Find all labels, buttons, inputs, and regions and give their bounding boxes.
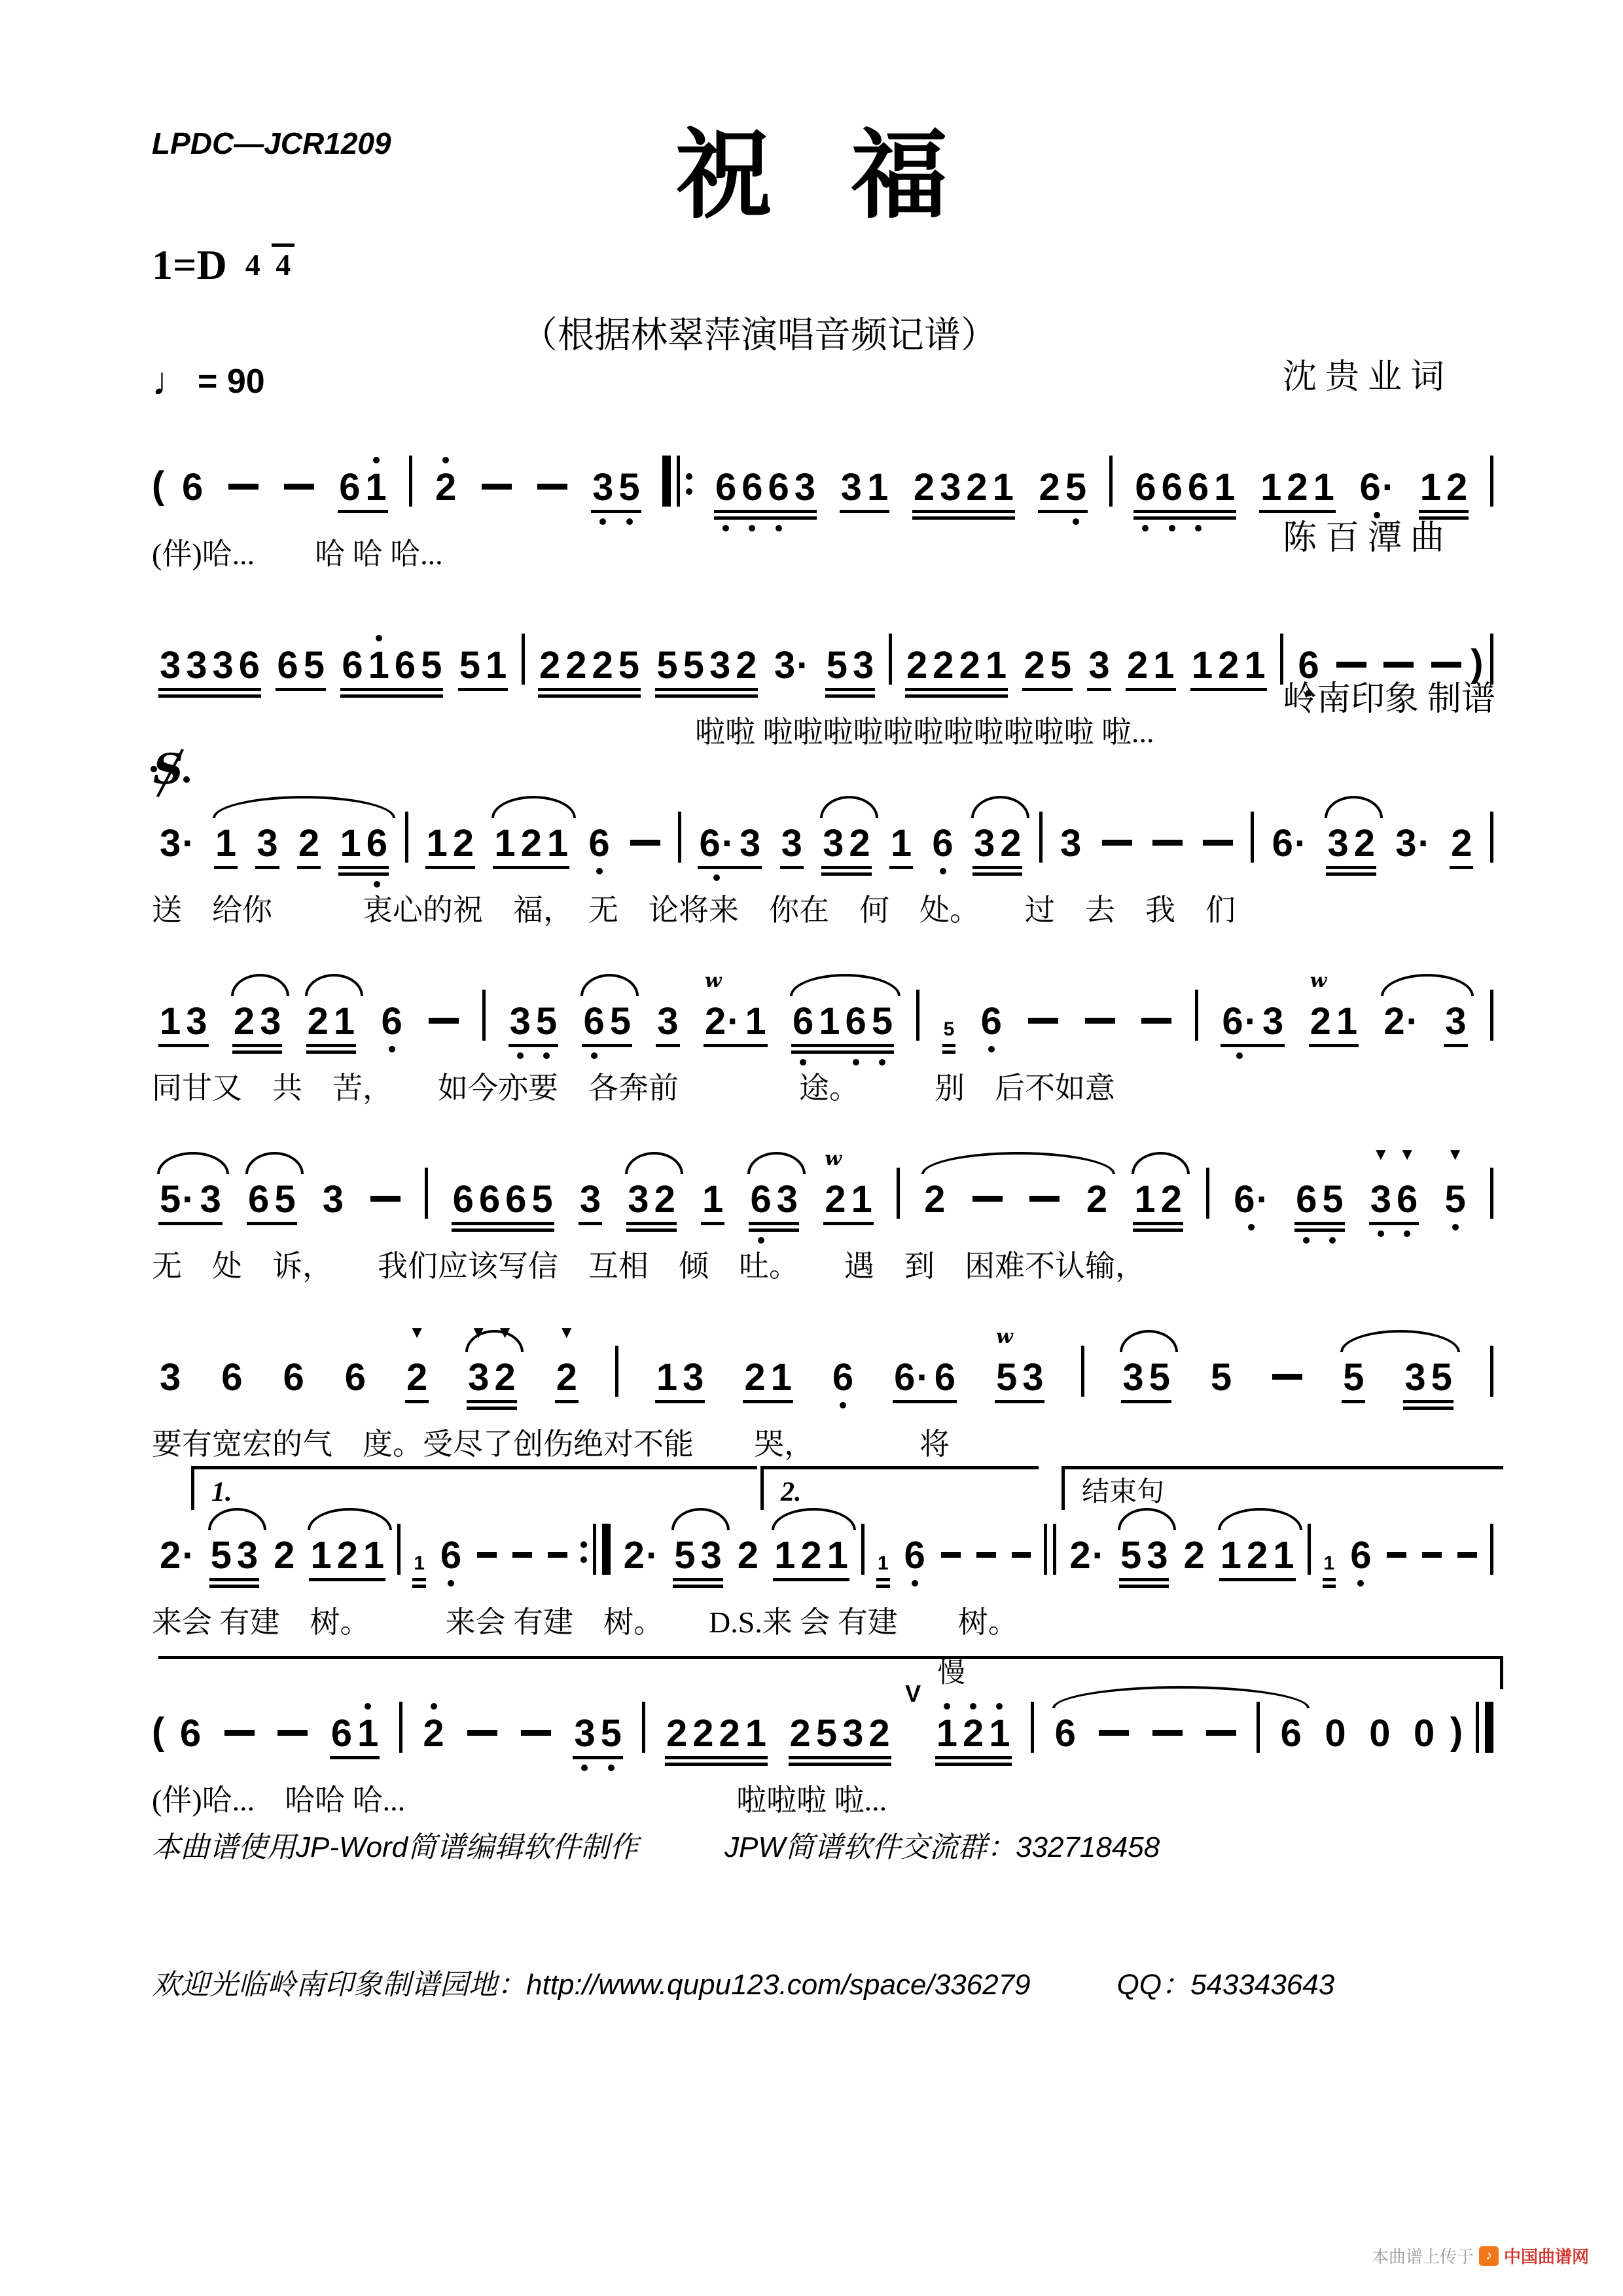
slur-arc: [305, 974, 363, 996]
note-group: 6665: [450, 1181, 556, 1219]
note: 2: [296, 825, 322, 863]
note: 2: [1448, 825, 1474, 863]
augmentation-dot: ·: [1092, 1537, 1105, 1575]
barline-single: [1081, 1346, 1084, 1397]
note: 2: [741, 1359, 768, 1397]
note: 5·: [157, 1181, 198, 1219]
note: 1: [361, 1537, 387, 1575]
note: 6·: [696, 825, 737, 863]
note-group: 6: [830, 1359, 856, 1397]
note-group: 3: [157, 1359, 183, 1397]
note-group: 6·6: [891, 1359, 958, 1397]
music-system-6: 36662▼3▼2▼2▼132166·65w3355535要有宽宏的气 度。受尽…: [152, 1291, 1499, 1463]
dash-note: [477, 1552, 497, 1558]
note-group: 2: [1448, 825, 1474, 863]
note-group: 1: [875, 1554, 891, 1575]
low-octave-dot: [1236, 1052, 1243, 1059]
note: 2: [997, 825, 1024, 863]
site-watermark: 本曲谱上传于 ♪ 中国曲谱网: [1372, 2244, 1589, 2268]
note-group: 3: [1058, 825, 1084, 863]
note-group: 3: [1086, 647, 1112, 685]
note: 2: [930, 647, 956, 685]
note: 5: [1208, 1359, 1234, 1397]
note-group: 2w·1: [702, 1003, 769, 1041]
note-group: 6: [902, 1537, 928, 1575]
note: 5: [1063, 469, 1089, 507]
quarter-note-icon: ♩: [152, 359, 191, 404]
note: 6: [1347, 1537, 1374, 1575]
note: 2: [652, 1181, 678, 1219]
note: 3: [183, 647, 209, 685]
note: 6: [932, 1359, 958, 1397]
dash-note: [941, 1552, 961, 1558]
dash-note: [228, 484, 259, 490]
note-group: 6: [219, 1359, 245, 1397]
note: 2: [563, 647, 589, 685]
note: 6: [450, 1181, 476, 1219]
note: 6: [274, 647, 300, 685]
trill-icon: w: [825, 1149, 840, 1169]
note: 2: [305, 1003, 331, 1041]
note: 6: [790, 1003, 816, 1041]
note-group: 6: [378, 1003, 404, 1041]
note: 3▼: [1368, 1181, 1394, 1219]
note: 2: [1284, 469, 1310, 507]
low-octave-dot: [776, 525, 782, 531]
note: 2·: [1381, 1003, 1421, 1041]
dash-note: [1102, 840, 1132, 846]
dash-note: [482, 484, 512, 490]
note-group: 53: [824, 647, 877, 685]
note: 5: [681, 647, 707, 685]
note: 2·: [621, 1537, 662, 1575]
barline-single: [409, 456, 412, 507]
note-group: 2·: [157, 1537, 198, 1575]
barline-single: [889, 634, 892, 685]
note: 3: [157, 1359, 183, 1397]
note: 5: [824, 647, 850, 685]
note-group: 32: [1325, 825, 1378, 863]
barline-single: [1206, 1168, 1209, 1219]
note-group: 1: [888, 825, 914, 863]
note: 2▼: [404, 1359, 430, 1397]
note: 1: [1211, 469, 1238, 507]
high-octave-dot: [365, 1703, 371, 1710]
watermark-prefix: 本曲谱上传于: [1372, 2244, 1474, 2268]
note: 2: [1215, 647, 1241, 685]
dash-note: [1085, 1018, 1115, 1024]
augmentation-dot: ·: [1406, 1003, 1419, 1041]
note: 6·: [891, 1359, 932, 1397]
note: 5: [1147, 1359, 1173, 1397]
note: 2: [1124, 647, 1150, 685]
notation-line: 333665616551222555323·532221253211216): [152, 631, 1499, 685]
note: 6: [843, 1003, 869, 1041]
note-group: 35: [590, 469, 643, 507]
note-group: 65: [245, 1181, 298, 1219]
low-octave-dot: [374, 881, 380, 888]
note: 3: [680, 1359, 706, 1397]
low-octave-dot: [1306, 690, 1312, 696]
dash-note: [1272, 1374, 1302, 1380]
slur-arc: [772, 1508, 856, 1530]
low-octave-dot: [1374, 512, 1380, 518]
note: 2: [904, 647, 930, 685]
note: 1: [1218, 1537, 1244, 1575]
low-octave-dot: [800, 1059, 806, 1066]
slur-arc: [625, 1152, 683, 1174]
slur-arc: [208, 1508, 266, 1530]
note: 6: [392, 647, 418, 685]
note-group: 121: [1189, 647, 1268, 685]
time-signature-numerator: 4: [241, 248, 264, 283]
note-group: 6·3: [1219, 1003, 1286, 1041]
grace-note: 1: [1321, 1554, 1338, 1573]
note-group: 6: [1347, 1537, 1374, 1575]
dash-note: [1203, 840, 1233, 846]
note-group: 3▼2▼: [465, 1359, 518, 1397]
note: 6: [280, 1359, 306, 1397]
dash-note: [1431, 662, 1461, 668]
low-octave-dot: [517, 1052, 524, 1059]
note: 1: [742, 1003, 768, 1041]
note: 2w: [1308, 1003, 1334, 1041]
note-group: 5·3: [157, 1181, 224, 1219]
low-octave-dot: [1404, 1230, 1410, 1237]
slur-arc: [1340, 1330, 1460, 1352]
note: 6: [364, 825, 390, 863]
note-group: 61: [336, 469, 389, 507]
note: 6▼: [1394, 1181, 1420, 1219]
note: 6: [179, 469, 205, 507]
augmentation-dot: ·: [1382, 469, 1395, 507]
barline-single: [425, 1168, 428, 1219]
note-group: 2221: [904, 647, 1009, 685]
note: 5: [654, 647, 680, 685]
slur-arc: [1381, 974, 1474, 996]
note: 5: [418, 647, 444, 685]
note-group: 51: [457, 647, 510, 685]
notation-line: 1.2.结束句2·532121162·532121162·53212116: [152, 1521, 1499, 1575]
note: 2: [1244, 1537, 1270, 1575]
barline-single: [405, 812, 408, 863]
note: 3: [257, 1003, 283, 1041]
score: (66123566633123212566611216·12(伴)哈... 哈 …: [152, 401, 1499, 1825]
note: 1: [1241, 647, 1268, 685]
note-group: 1: [213, 825, 239, 863]
grace-note: 1: [411, 1554, 427, 1573]
note-group: 6·: [1357, 469, 1398, 507]
note-group: 13: [654, 1359, 707, 1397]
low-octave-dot: [448, 1580, 454, 1587]
music-system-4: 1323216356532w·16165566·32w12·3同甘又 共 苦， …: [152, 935, 1499, 1107]
note-group: 3: [254, 825, 280, 863]
ending-extension-line: [158, 1656, 1503, 1689]
note: 6: [219, 1359, 245, 1397]
note-group: 3336: [157, 647, 262, 685]
dash-note: [512, 1552, 532, 1558]
note-group: 6: [179, 469, 205, 507]
note: 2: [963, 469, 990, 507]
low-octave-dot: [591, 1052, 597, 1059]
note: 3·: [157, 825, 198, 863]
note: 3: [1086, 647, 1112, 685]
note-group: 53: [208, 1537, 261, 1575]
note: 3: [792, 469, 818, 507]
note: 1: [654, 1359, 680, 1397]
slur-arc: [213, 796, 395, 818]
augmentation-dot: ·: [1257, 1181, 1269, 1219]
barline-single: [1490, 634, 1493, 685]
note-group: 5▼: [1442, 1181, 1469, 1219]
note: 0: [1366, 1715, 1393, 1753]
note: 2: [1158, 1181, 1185, 1219]
note: 2: [1084, 1181, 1110, 1219]
trill-icon: w: [1310, 971, 1325, 991]
trill-icon: w: [996, 1327, 1011, 1347]
note-group: 21: [305, 1003, 358, 1041]
slur-arc: [790, 974, 901, 996]
augmentation-dot: ·: [182, 1537, 194, 1575]
note: 1: [331, 1003, 357, 1041]
dash-note: [972, 1196, 1003, 1202]
barline-single: [1490, 456, 1493, 507]
note-group: 0: [1411, 1715, 1437, 1753]
dash-note: [1422, 1552, 1442, 1558]
time-signature: 4 4: [241, 250, 295, 281]
note-group: 3·: [1393, 825, 1433, 863]
note: 2▼: [491, 1359, 518, 1397]
music-note-icon: ♪: [1479, 2246, 1499, 2266]
note: 3: [183, 1003, 209, 1041]
footer: 本曲谱使用JP-Word简谱编辑软件制作 JPW简谱软件交流群：33271845…: [152, 1733, 1334, 2100]
note-group: 5: [1340, 1359, 1366, 1397]
note: 1: [1334, 1003, 1360, 1041]
high-octave-dot: [431, 1703, 437, 1710]
note: 6: [739, 469, 765, 507]
barline-single: [1490, 1168, 1493, 1219]
accent-icon: ▼: [1372, 1145, 1389, 1162]
dash-note: [548, 1552, 567, 1558]
note: 6: [1185, 469, 1211, 507]
note-group: 53: [1118, 1537, 1171, 1575]
note: 3: [254, 825, 280, 863]
tempo-marking: ♩ = 90: [152, 359, 265, 404]
slur-arc: [820, 796, 878, 818]
note: 2▼: [554, 1359, 580, 1397]
barline-dbl: [1044, 1524, 1056, 1575]
note: 5: [616, 469, 642, 507]
low-octave-dot: [1357, 1580, 1364, 1587]
note: 1: [865, 469, 891, 507]
note: 2: [1444, 469, 1470, 507]
note-group: 6165: [790, 1003, 895, 1041]
barline-single: [482, 990, 486, 1041]
note: 3: [707, 647, 733, 685]
note: 6: [236, 647, 262, 685]
dash-note: [1152, 840, 1183, 846]
volta-label: 2.: [781, 1479, 802, 1506]
note: 3: [698, 1537, 724, 1575]
note: 5: [1118, 1537, 1144, 1575]
note: 6·: [1270, 825, 1310, 863]
note-group: 121: [491, 825, 571, 863]
note-group: 1: [1321, 1554, 1338, 1575]
dash-note: [1383, 662, 1414, 668]
note-group: 5: [1208, 1359, 1234, 1397]
low-octave-dot: [840, 1402, 846, 1408]
note: 5: [457, 647, 483, 685]
notation-line: (66123566633123212566611216·12: [152, 453, 1499, 507]
note: 3: [737, 825, 763, 863]
dash-note: [1028, 1018, 1058, 1024]
note-group: 2: [735, 1537, 761, 1575]
low-octave-dot: [912, 1580, 918, 1587]
barline-single: [615, 1346, 618, 1397]
note: 5: [607, 1003, 633, 1041]
note: 3: [774, 1181, 800, 1219]
note: 1: [700, 1181, 726, 1219]
low-octave-dot: [1248, 1224, 1255, 1230]
note: 1: [1311, 469, 1337, 507]
volta-bracket: 结束句: [1061, 1466, 1503, 1510]
note-group: 121: [1258, 469, 1337, 507]
note: 3: [210, 647, 236, 685]
note: 3: [1120, 1359, 1146, 1397]
note: 3: [507, 1003, 533, 1041]
note-group: 32: [820, 825, 873, 863]
augmentation-dot: ·: [916, 1359, 929, 1397]
barline-single: [522, 634, 525, 685]
high-octave-dot: [996, 1703, 1003, 1710]
note-group: 1: [700, 1181, 726, 1219]
note: 2w: [822, 1181, 848, 1219]
note: 3: [779, 825, 805, 863]
dash-note: [1457, 1552, 1477, 1558]
note: 1: [1132, 1181, 1158, 1219]
slur-arc: [1052, 1686, 1310, 1708]
low-octave-dot: [389, 1046, 395, 1052]
low-octave-dot: [543, 1052, 550, 1059]
barline-single: [897, 1168, 900, 1219]
note-group: 32: [971, 825, 1024, 863]
dash-note: [1141, 1018, 1171, 1024]
note: 3: [1442, 1003, 1469, 1041]
slur-arc: [157, 1152, 229, 1174]
note-group: 6: [929, 825, 955, 863]
note-group: 3: [779, 825, 805, 863]
symbol: ): [1450, 1711, 1463, 1753]
note-group: 2▼: [554, 1359, 580, 1397]
dash-note: [1012, 1552, 1031, 1558]
song-title: 祝福: [0, 128, 1623, 225]
note-group: 13: [157, 1003, 210, 1041]
note-group: 16: [337, 825, 390, 863]
note: 2: [1181, 1537, 1207, 1575]
dash-note: [370, 1196, 401, 1202]
augmentation-dot: ·: [722, 825, 734, 863]
note: 6: [713, 469, 739, 507]
note: 3: [234, 1537, 260, 1575]
note: 3: [1402, 1359, 1428, 1397]
barline-single: [1109, 456, 1113, 507]
note-group: 6: [978, 1003, 1005, 1041]
lyric-line: 同甘又 共 苦， 如今亦要 各奔前 途。 别 后不如意: [152, 1064, 1499, 1107]
dash-note: [284, 484, 314, 490]
note: 3: [198, 1181, 224, 1219]
low-octave-dot: [596, 868, 603, 874]
slur-arc: [1218, 1508, 1302, 1530]
slur-arc: [921, 1152, 1115, 1174]
note-group: 2·: [621, 1537, 662, 1575]
note: 1: [544, 825, 571, 863]
note: 1: [1418, 469, 1444, 507]
tempo-value: = 90: [198, 362, 265, 401]
dash-note: [630, 840, 660, 846]
barline-single: [1490, 812, 1493, 863]
low-octave-dot: [1073, 518, 1079, 525]
note: 6: [902, 1537, 928, 1575]
augmentation-dot: ·: [646, 1537, 658, 1575]
slur-arc: [671, 1508, 730, 1530]
note: 6: [830, 1359, 856, 1397]
high-octave-dot: [944, 1703, 950, 1710]
note-group: 6·: [1231, 1181, 1272, 1219]
music-system-1: (66123566633123212566611216·12(伴)哈... 哈 …: [152, 401, 1499, 573]
note-group: 0: [1366, 1715, 1393, 1753]
note: 6·: [1357, 469, 1398, 507]
note-group: 3·S: [157, 825, 198, 863]
low-octave-dot: [1452, 1224, 1459, 1230]
note-group: 5532: [654, 647, 759, 685]
note-group: 3: [577, 1181, 603, 1219]
note: 6: [1132, 469, 1158, 507]
note: 3: [838, 469, 865, 507]
accent-icon: ▼: [558, 1323, 575, 1340]
footer-line-2: 欢迎光临岭南印象制谱园地：http://www.qupu123.com/spac…: [152, 1962, 1334, 2008]
augmentation-dot: ·: [1294, 825, 1307, 863]
note: 3: [850, 647, 876, 685]
note-group: 3·: [772, 647, 812, 685]
lyric-line: 来会 有建 树。 来会 有建 树。 D.S.来 会 有建 树。: [152, 1598, 1499, 1641]
note: 5: [533, 1003, 560, 1041]
note-group: 6165: [339, 647, 444, 685]
note-group: 6·: [1270, 825, 1310, 863]
symbol: (: [152, 465, 164, 507]
music-system-5: 5·365366653321632w122126·653▼6▼5▼无 处 诉， …: [152, 1113, 1499, 1285]
note: 3·: [1393, 825, 1433, 863]
note: 5: [1340, 1359, 1366, 1397]
barline-single: [1039, 812, 1043, 863]
note: 2·: [1067, 1537, 1107, 1575]
augmentation-dot: ·: [182, 1181, 194, 1219]
key-signature: 1=D 4 4: [152, 241, 294, 289]
volta-bracket: 2.: [760, 1466, 1039, 1510]
low-octave-dot: [988, 1046, 995, 1052]
note-group: 2·: [1381, 1003, 1421, 1041]
note-group: 2: [271, 1537, 297, 1575]
note: 5: [529, 1181, 555, 1219]
slur-arc: [1132, 1152, 1190, 1174]
accent-icon: ▼: [1399, 1145, 1416, 1162]
note-group: 65: [274, 647, 327, 685]
note: 3: [820, 825, 846, 863]
note-group: 6661: [1132, 469, 1238, 507]
barline-single: [916, 990, 919, 1041]
tempo-annotation: 慢: [938, 1660, 965, 1687]
dash-note: [537, 484, 567, 490]
barline-single: [397, 1524, 401, 1575]
